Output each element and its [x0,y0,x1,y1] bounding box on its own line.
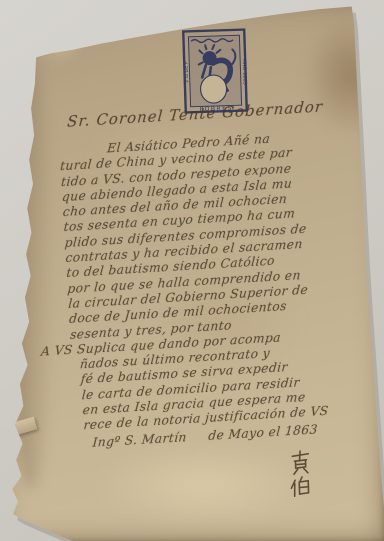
paper-stain [30,4,90,74]
manuscript-text: Sr. Coronel Tente Gobernador El Asiático… [44,95,376,452]
document-paper: 2 G DE P AÑO 1863 POBRES Sr. Coronel Ten… [0,0,384,541]
revenue-stamp: 2 G DE P AÑO 1863 POBRES [182,28,249,114]
heraldic-lion-icon: 2 G DE P AÑO 1863 POBRES [182,28,249,114]
photo-background: 2 G DE P AÑO 1863 POBRES Sr. Coronel Ten… [0,0,384,541]
chinese-signature [287,450,315,503]
chinese-signature-icon [287,450,315,503]
folded-corner [9,417,38,437]
stamp-left-text: 2 G DE P [183,61,190,83]
stamp-right-text: AÑO 1863 [241,59,248,85]
